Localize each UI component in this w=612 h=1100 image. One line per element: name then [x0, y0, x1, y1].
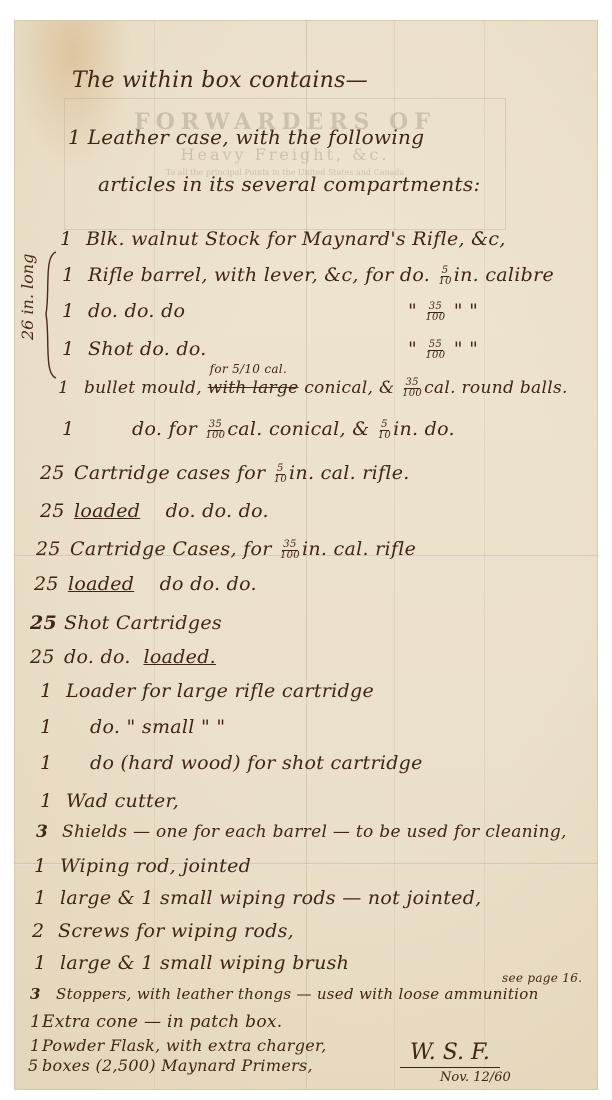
item-qty: 1 [62, 338, 88, 360]
item-text: Cartridge Cases, for [70, 538, 272, 560]
item-qty: 1 [34, 952, 60, 974]
list-item: 1Shot do. do." 55100 " " [62, 338, 478, 361]
item-text: do. " small " " [90, 716, 225, 738]
item-qty: 1 [40, 752, 90, 774]
list-item: 1Blk. walnut Stock for Maynard's Rifle, … [60, 228, 506, 250]
item-text: Wiping rod, jointed [60, 855, 251, 877]
item-text: Powder Flask, with extra charger, [42, 1036, 327, 1055]
item-text: Wad cutter, [66, 790, 179, 812]
item-qty: 1 [40, 680, 66, 702]
item-text: Blk. walnut Stock for Maynard's Rifle, &… [86, 228, 506, 250]
item-text: loaded [74, 500, 140, 522]
item-tail: " " [454, 338, 478, 360]
list-item: 1Extra cone — in patch box. [30, 1012, 283, 1032]
item-text: Cartridge cases for [74, 462, 265, 484]
list-item: 1Wad cutter, [40, 790, 179, 812]
item-qty: 25 [30, 646, 64, 668]
item-qty: 2 [32, 920, 58, 942]
item-text: Shields — one for each barrel — to be us… [62, 822, 567, 842]
item-tail: in. cal. rifle [302, 538, 416, 560]
signature-block: W. S. F. Nov. 12/60 [400, 1040, 511, 1085]
item-qty: 3 [36, 822, 62, 842]
bracket-icon [40, 250, 58, 380]
item-qty: 1 [62, 264, 88, 286]
fraction: 510 [438, 266, 451, 287]
list-item: 1do (hard wood) for shot cartridge [40, 752, 423, 774]
item-text: Rifle barrel, with lever, &c, for do. [88, 264, 430, 286]
item-qty: 25 [40, 500, 74, 522]
item-text: do. do. do [88, 300, 408, 322]
list-item: 1do. do. do" 35100 " " [62, 300, 478, 323]
item-tail: in. calibre [454, 264, 554, 286]
struck-text: with large [208, 378, 299, 398]
intro-line-2: articles in its several compartments: [98, 172, 481, 196]
list-item: 1Powder Flask, with extra charger, [30, 1036, 327, 1055]
item-tail: cal. round balls. [424, 378, 568, 398]
item-text: Shot Cartridges [64, 612, 222, 634]
list-item: 25Cartridge cases for 510in. cal. rifle. [40, 462, 410, 485]
item-qty: 1 [40, 790, 66, 812]
list-item: 2Screws for wiping rods, [32, 920, 294, 942]
item-text: bullet mould, [84, 378, 202, 398]
item-text: Extra cone — in patch box. [42, 1012, 283, 1032]
list-item: 3Shields — one for each barrel — to be u… [36, 822, 567, 842]
item-text: Stoppers, with leather thongs — used wit… [56, 985, 539, 1003]
item-text: Shot do. do. [88, 338, 408, 360]
item-qty: 1 [34, 855, 60, 877]
list-item: 25loaded do do. do. [34, 573, 257, 595]
item-tail: " " [454, 300, 478, 322]
item-qty: 1 [34, 887, 60, 909]
item-text: Loader for large rifle cartridge [66, 680, 374, 702]
item-qty: 1 [60, 228, 86, 250]
list-item: 5boxes (2,500) Maynard Primers, [28, 1056, 313, 1075]
insertion-note: see page 16. [502, 971, 582, 985]
list-item: 1large & 1 small wiping rods — not joint… [34, 887, 482, 909]
fraction: 55100 [425, 340, 445, 361]
fraction: 35100 [205, 420, 225, 441]
item-tail: do do. do. [160, 573, 257, 595]
item-text: Screws for wiping rods, [58, 920, 294, 942]
item-qty: 25 [34, 573, 68, 595]
faint-letterhead: FORWARDERS OF Heavy Freight, &c. To all … [64, 98, 506, 230]
intro-line-1: 1 Leather case, with the following [68, 125, 424, 149]
item-tail: in. do. [393, 418, 455, 440]
item-tail: loaded. [143, 646, 216, 668]
fraction: 35100 [280, 540, 300, 561]
item-qty: 25 [36, 538, 70, 560]
item-qty: 1 [40, 716, 90, 738]
item-text: loaded [68, 573, 134, 595]
item-text: do (hard wood) for shot cartridge [90, 752, 423, 774]
list-item: 25loaded do. do. do. [40, 500, 269, 522]
list-item: 25Cartridge Cases, for 35100in. cal. rif… [36, 538, 416, 561]
list-item: 1Wiping rod, jointed [34, 855, 251, 877]
item-tail: in. cal. rifle. [289, 462, 410, 484]
fraction: 35100 [402, 378, 422, 399]
item-qty: 1 [62, 418, 132, 440]
item-qty: 1 [62, 300, 88, 322]
list-item: 1do. for 35100cal. conical, & 510in. do. [62, 418, 455, 441]
list-item: 1Loader for large rifle cartridge [40, 680, 374, 702]
heading: The within box contains— [72, 68, 368, 93]
fraction: 510 [274, 464, 287, 485]
list-item: 3Stoppers, with leather thongs — used wi… [30, 985, 539, 1003]
item-tail: do. do. do. [166, 500, 269, 522]
list-item: 25do. do. loaded. [30, 646, 216, 668]
item-text: do. for [132, 418, 197, 440]
item-qty: 1 [30, 1012, 42, 1032]
list-item: 1Rifle barrel, with lever, &c, for do. 5… [62, 264, 554, 287]
item-qty: 25 [40, 462, 74, 484]
item-mid: conical, & [304, 378, 394, 398]
item-qty: 1 [30, 1036, 42, 1055]
item-text: boxes (2,500) Maynard Primers, [42, 1056, 313, 1075]
item-qty: 1 [58, 378, 84, 398]
list-item: 1large & 1 small wiping brush [34, 952, 349, 974]
list-item: 1do. " small " " [40, 716, 225, 738]
signature-date: Nov. 12/60 [440, 1070, 511, 1085]
item-text: large & 1 small wiping rods — not jointe… [60, 887, 482, 909]
item-text: large & 1 small wiping brush [60, 952, 349, 974]
margin-note: 26 in. long [18, 254, 37, 340]
signature-initials: W. S. F. [400, 1040, 500, 1068]
item-qty: 3 [30, 985, 56, 1003]
item-qty: 25 [30, 612, 64, 634]
interlinear-insertion: for 5/10 cal. [210, 362, 287, 376]
list-item: 1bullet mould, for 5/10 cal. with large … [58, 378, 568, 399]
list-item: 25Shot Cartridges [30, 612, 222, 634]
item-qty: 5 [28, 1056, 42, 1075]
item-text: do. do. [64, 646, 131, 668]
fraction: 510 [378, 420, 391, 441]
fraction: 35100 [425, 302, 445, 323]
item-mid: cal. conical, & [227, 418, 369, 440]
